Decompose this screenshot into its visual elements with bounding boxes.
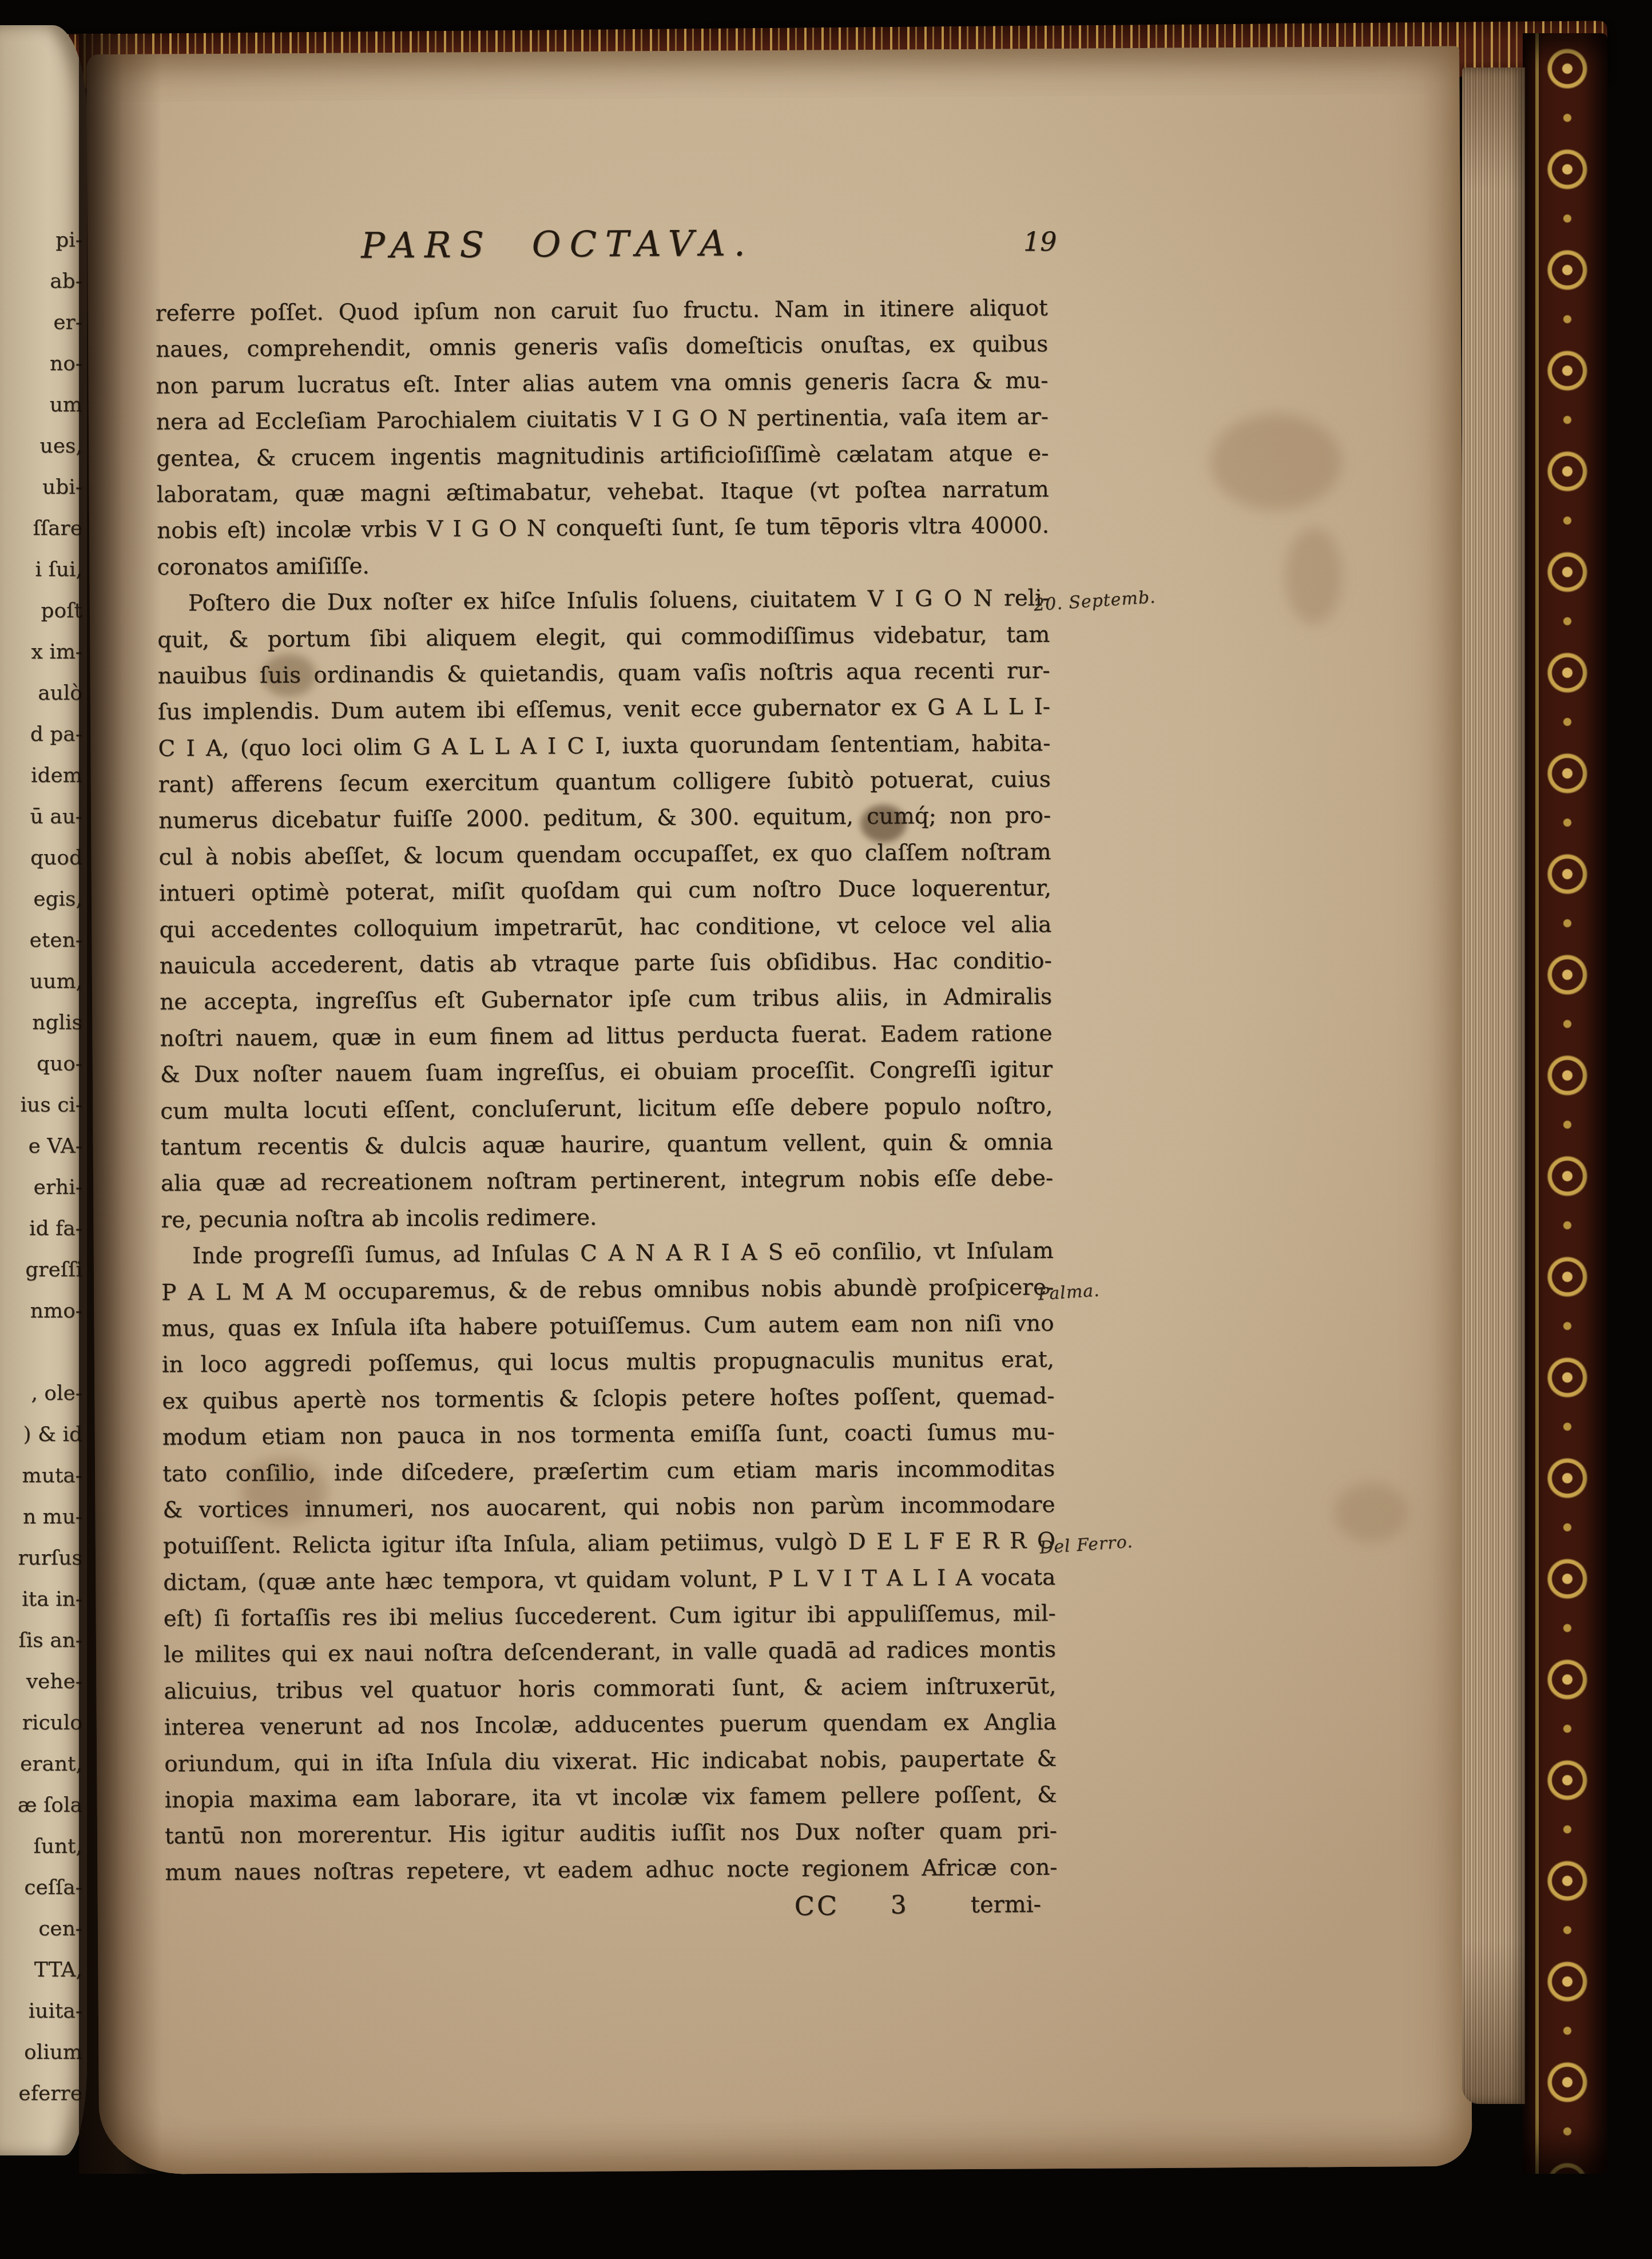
text-line: noſtri nauem, quæ in eum finem ad littus…	[160, 1015, 1052, 1057]
previous-page-text-fragment: quod	[0, 837, 87, 879]
previous-page-text-fragment: olium	[0, 2032, 87, 2073]
previous-page-text-fragment: pi-	[0, 220, 87, 261]
text-line: nera ad Eccleſiam Parochialem ciuitatis …	[156, 399, 1049, 440]
previous-page-text-fragment: um	[0, 384, 87, 426]
previous-page-top-margin	[0, 25, 87, 220]
previous-page-text-fragment: ſſare	[0, 508, 87, 549]
text-line: coronatos amiſiſſe.	[157, 544, 1049, 586]
previous-page-text-fragment: ceſſa-	[0, 1867, 87, 1908]
text-line: alicuius, tribus vel quatuor horis commo…	[164, 1668, 1056, 1710]
previous-page-text-fragment: idem	[0, 755, 87, 796]
previous-page-text-fragment: ſunt,	[0, 1826, 87, 1867]
previous-page-text-fragment: rurſus	[0, 1538, 87, 1579]
previous-page-text-fragment: aulò	[0, 673, 87, 714]
text-line: non parum lucratus eſt. Inter alias aute…	[156, 363, 1048, 404]
previous-page-text-fragment: nmo-	[0, 1291, 87, 1332]
previous-page-text-fragment: ita in-	[0, 1579, 87, 1620]
gathering-signature: CC	[795, 1887, 840, 1924]
previous-page-text-fragment: quo-	[0, 1043, 87, 1085]
previous-page-text-fragment: vehe-	[0, 1661, 87, 1702]
margin-note: 20. Septemb.	[1032, 574, 1229, 624]
previous-page-text-fragment: id fa-	[0, 1208, 87, 1249]
text-line: ſus implendis. Dum autem ibi eſſemus, ve…	[158, 689, 1050, 730]
previous-page-text-fragment: ius ci-	[0, 1085, 87, 1126]
text-line: naues, comprehendit, omnis generis vaſis…	[156, 326, 1048, 368]
ink-stain	[1285, 527, 1343, 625]
catchword: termi-	[971, 1886, 1041, 1923]
text-line: re, pecunia noſtra ab incolis redimere.	[161, 1197, 1053, 1238]
text-line: P A L M A M occuparemus, & de rebus omni…	[161, 1269, 1054, 1311]
previous-page-text-fragment: d pa-	[0, 714, 87, 755]
text-line: rant) afferens ſecum exercitum quantum c…	[158, 761, 1051, 803]
text-line: nauibus ſuis ordinandis & quietandis, qu…	[157, 653, 1050, 694]
ink-stain	[1210, 413, 1342, 511]
page-fore-edge	[1462, 68, 1525, 2104]
text-line: Poſtero die Dux noſter ex hiſce Inſulis …	[157, 580, 1050, 622]
previous-page-text-fragment: i ſui,	[0, 549, 87, 590]
running-head: PARS OCTAVA. 19	[88, 218, 1460, 272]
previous-page-edge: pi-ab-er-no-umues,ubi-ſſarei ſui,poſtx i…	[0, 25, 87, 2155]
text-line: cul à nobis abeſſet, & locum quendam occ…	[158, 834, 1051, 876]
previous-page-text-fragment: n mu-	[0, 1496, 87, 1538]
binding-right-cover-gilt	[1523, 33, 1607, 2174]
text-line: inopia maxima eam laborare, ita vt incol…	[164, 1777, 1057, 1819]
previous-page-text-fragment: , ole-	[0, 1373, 87, 1414]
previous-page-text-fragment: eten-	[0, 920, 87, 961]
previous-page-text-fragment: greſſi	[0, 1249, 87, 1291]
gathering-leaf-number: 3	[891, 1887, 907, 1924]
book-page: PARS OCTAVA. 19 referre poſſet. Quod ipſ…	[86, 46, 1472, 2175]
text-line: & Dux noſter nauem ſuam ingreſſus, ei ob…	[160, 1051, 1053, 1093]
previous-page-text-fragment: muta-	[0, 1455, 87, 1496]
margin-note: Palma.	[1037, 1263, 1233, 1312]
text-line: oriundum, qui in iſta Inſula diu vixerat…	[164, 1741, 1057, 1782]
previous-page-text-fragment: æ ſola	[0, 1785, 87, 1826]
previous-page-text-fragment: riculo	[0, 1702, 87, 1744]
text-line: dictam, (quæ ante hæc tempora, vt quidam…	[163, 1559, 1055, 1601]
previous-page-text-fragment: eferre	[0, 2073, 87, 2114]
text-line: potuiſſent. Relicta igitur iſta Inſula, …	[163, 1523, 1055, 1565]
signature-line: CC 3 termi-	[165, 1886, 1058, 1928]
previous-page-text-fragment: uum,	[0, 961, 87, 1002]
text-line: le milites qui ex naui noſtra deſcendera…	[164, 1632, 1056, 1674]
ink-stain	[1333, 1482, 1408, 1543]
previous-page-text-fragment: ues,	[0, 426, 87, 467]
previous-page-text-fragment	[0, 1332, 87, 1373]
margin-note: Del Ferro.	[1038, 1517, 1234, 1566]
text-line: gentea, & crucem ingentis magnitudinis a…	[156, 435, 1049, 477]
previous-page-text-fragment: erant,	[0, 1744, 87, 1785]
previous-page-text-fragment: ubi-	[0, 467, 87, 508]
previous-page-text-fragment: ab-	[0, 261, 87, 302]
text-line: eſt) ſi fortaſſis res ibi melius ſuccede…	[163, 1595, 1055, 1637]
previous-page-text-fragment: poſt	[0, 590, 87, 632]
previous-page-text-fragment: egis,	[0, 879, 87, 920]
text-line: quit, & portum ſibi aliquem elegit, qui …	[157, 617, 1050, 658]
text-line: nobis eſt) incolæ vrbis V I G O N conque…	[157, 507, 1049, 549]
previous-page-text-fragment: ū au-	[0, 796, 87, 837]
text-line: C I A, (quo loci olim G A L L A I C I, i…	[158, 725, 1050, 767]
book-scan: { "book": { "header": { "title": "PARS O…	[0, 0, 1652, 2259]
text-line: tantū non morerentur. His igitur auditis…	[165, 1813, 1057, 1855]
text-line: alia quæ ad recreationem noſtram pertine…	[161, 1160, 1053, 1202]
previous-page-text-fragment: cen-	[0, 1908, 87, 1950]
previous-page-text-fragment: TTA,	[0, 1950, 87, 1991]
text-line: laboratam, quæ magni æſtimabatur, veheba…	[156, 471, 1049, 513]
text-line: in loco aggredi poſſemus, qui locus mult…	[162, 1341, 1054, 1383]
text-line: tantum recentis & dulcis aquæ haurire, q…	[160, 1124, 1053, 1166]
page-title: PARS OCTAVA.	[361, 222, 754, 266]
text-line: numerus dicebatur fuiſſe 2000. peditum, …	[158, 798, 1051, 840]
previous-page-text-fragment: ) & id	[0, 1414, 87, 1455]
page-number: 19	[1023, 226, 1057, 257]
previous-page-text-fragment: ſis an-	[0, 1620, 87, 1661]
text-line: Inde progreſſi ſumus, ad Inſulas C A N A…	[161, 1233, 1054, 1275]
text-line: mus, quas ex Inſula iſta habere potuiſſe…	[161, 1305, 1054, 1347]
text-line: interea venerunt ad nos Incolæ, adducent…	[164, 1704, 1057, 1746]
text-line: & vortices innumeri, nos auocarent, qui …	[162, 1487, 1055, 1529]
text-line: cum multa locuti eſſent, concluſerunt, l…	[160, 1088, 1053, 1130]
text-line: referre poſſet. Quod ipſum non caruit ſu…	[156, 290, 1048, 332]
previous-page-text-fragment: nglis	[0, 1002, 87, 1043]
previous-page-text-fragment: no-	[0, 343, 87, 384]
text-line: ex quibus apertè nos tormentis & ſclopis…	[162, 1378, 1054, 1420]
text-block: referre poſſet. Quod ipſum non caruit ſu…	[156, 290, 1058, 1891]
previous-page-text-fragment: x im-	[0, 632, 87, 673]
text-line: modum etiam non pauca in nos tormenta em…	[162, 1414, 1055, 1456]
text-line: qui accedentes colloquium impetrarūt, ha…	[159, 907, 1051, 948]
previous-page-text-fragment: iuita-	[0, 1991, 87, 2032]
text-line: nauicula accederent, datis ab vtraque pa…	[160, 943, 1052, 984]
text-line: intueri optimè poterat, miſit quoſdam qu…	[159, 870, 1051, 912]
previous-page-text-fragment: erhi-	[0, 1167, 87, 1208]
text-line: mum naues noſtras repetere, vt eadem adh…	[165, 1849, 1057, 1891]
text-line: tato conſilio, inde diſcedere, præſertim…	[162, 1451, 1055, 1492]
previous-page-text-fragment: er-	[0, 302, 87, 343]
text-line: ne accepta, ingreſſus eſt Gubernator ipſ…	[160, 979, 1052, 1021]
previous-page-text-fragment: e VA-	[0, 1126, 87, 1167]
